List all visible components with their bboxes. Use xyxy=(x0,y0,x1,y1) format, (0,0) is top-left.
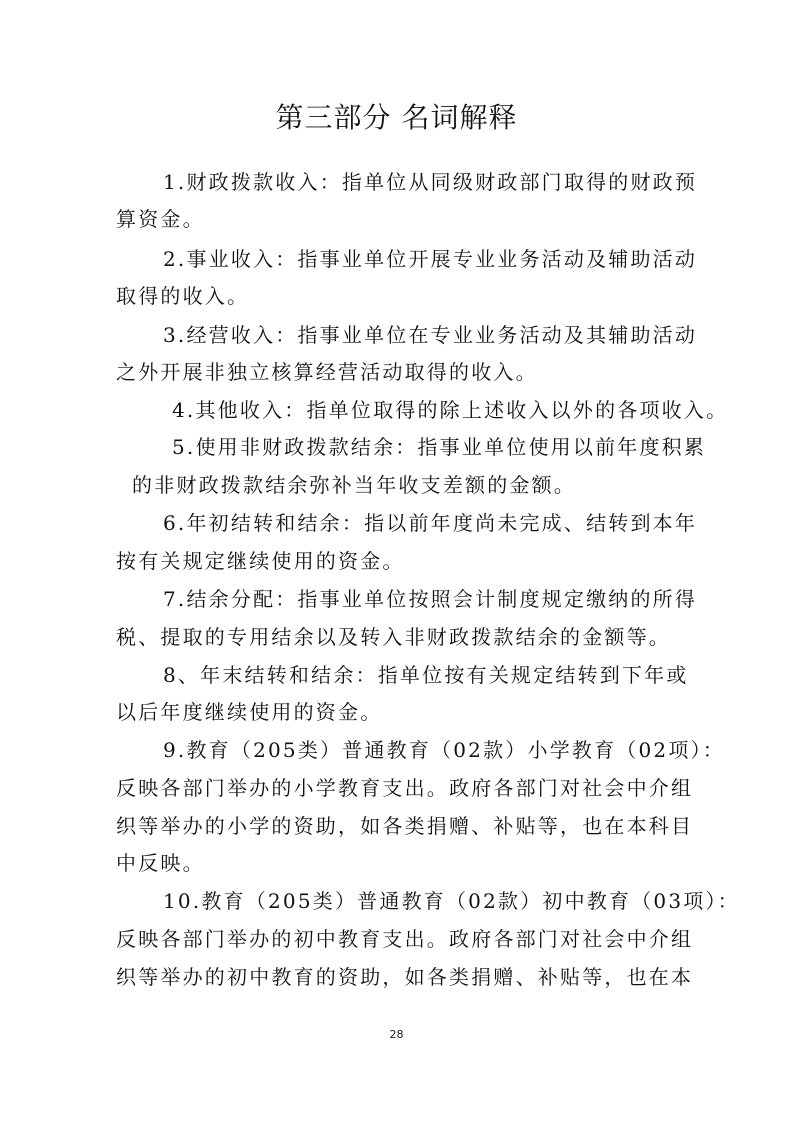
section-title: 第三部分 名词解释 xyxy=(0,96,793,136)
page-number: 28 xyxy=(0,1028,793,1041)
text-line: 税、提取的专用结余以及转入非财政拨款结余的金额等。 xyxy=(116,624,671,650)
text-line: 以后年度继续使用的资金。 xyxy=(116,699,382,725)
text-line: 织等举办的初中教育的资助，如各类捐赠、补贴等，也在本 xyxy=(116,964,693,990)
document-page: 第三部分 名词解释 1.财政拨款收入：指单位从同级财政部门取得的财政预算资金。2… xyxy=(0,0,793,1122)
text-line: 9.教育（205类）普通教育（02款）小学教育（02项）： xyxy=(163,737,725,763)
text-line: 4.其他收入：指单位取得的除上述收入以外的各项收入。 xyxy=(172,397,728,423)
text-line: 8、年末结转和结余：指单位按有关规定结转到下年或 xyxy=(163,662,689,688)
text-line: 之外开展非独立核算经营活动取得的收入。 xyxy=(116,359,538,385)
text-line: 中反映。 xyxy=(116,850,205,876)
text-line: 反映各部门举办的小学教育支出。政府各部门对社会中介组 xyxy=(116,775,693,801)
text-line: 按有关规定继续使用的资金。 xyxy=(116,548,405,574)
text-line: 取得的收入。 xyxy=(116,283,249,309)
text-line: 的非财政拨款结余弥补当年收支差额的金额。 xyxy=(132,472,576,498)
text-line: 7.结余分配：指事业单位按照会计制度规定缴纳的所得 xyxy=(163,586,697,612)
text-line: 反映各部门举办的初中教育支出。政府各部门对社会中介组 xyxy=(116,926,693,952)
text-line: 10.教育（205类）普通教育（02款）初中教育（03项）： xyxy=(163,888,740,914)
text-line: 1.财政拨款收入：指单位从同级财政部门取得的财政预 xyxy=(163,169,697,195)
text-line: 算资金。 xyxy=(116,206,205,232)
text-line: 5.使用非财政拨款结余：指事业单位使用以前年度积累 xyxy=(172,434,706,460)
text-line: 织等举办的小学的资助，如各类捐赠、补贴等，也在本科目 xyxy=(116,813,693,839)
text-line: 6.年初结转和结余：指以前年度尚未完成、结转到本年 xyxy=(163,510,697,536)
text-line: 2.事业收入：指事业单位开展专业业务活动及辅助活动 xyxy=(163,246,697,272)
text-line: 3.经营收入：指事业单位在专业业务活动及其辅助活动 xyxy=(163,322,697,348)
